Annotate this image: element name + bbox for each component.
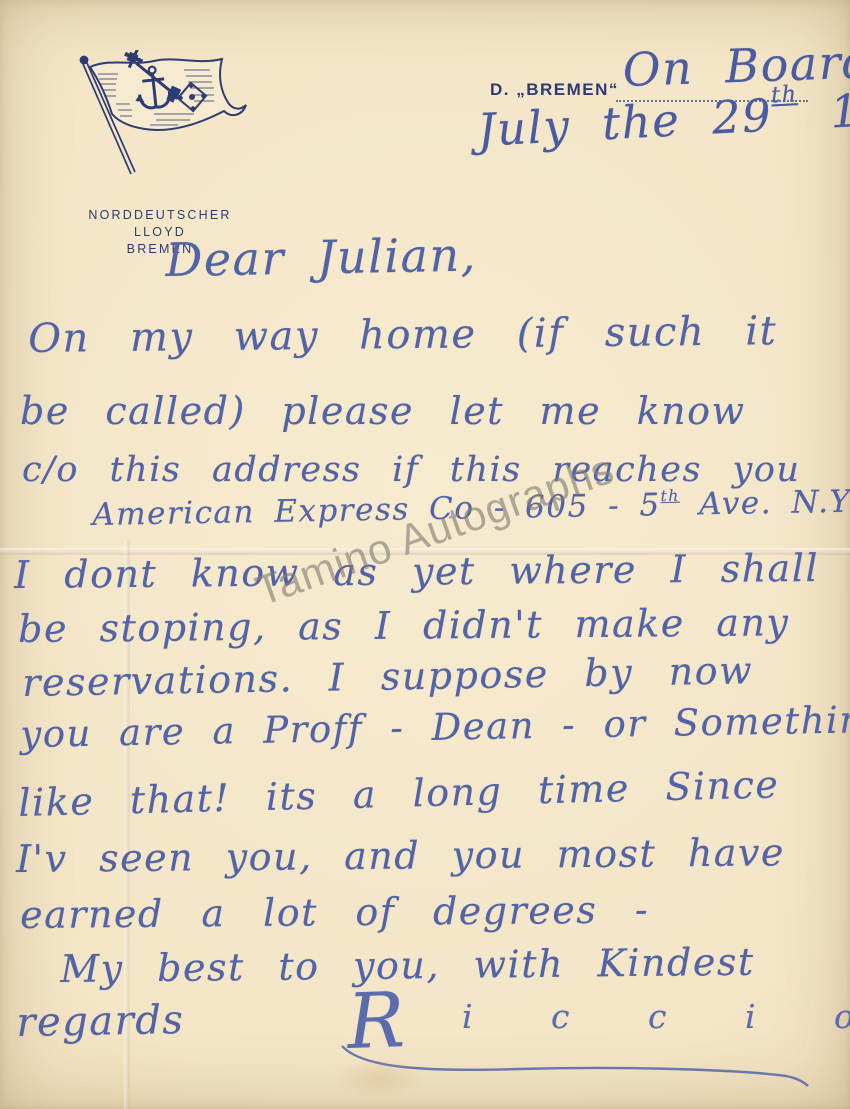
closing-regards: regards xyxy=(16,999,185,1044)
address-prefix: American Express Co - 605 - 5 xyxy=(92,487,661,533)
date-ordinal: th xyxy=(770,81,798,108)
handwritten-line: My best to you, with Kindest xyxy=(60,943,755,990)
norddeutscher-lloyd-flag-icon xyxy=(58,50,254,182)
handwritten-address-line: American Express Co - 605 - 5th Ave. N.Y… xyxy=(92,485,850,532)
address-ordinal: th xyxy=(660,487,680,505)
signature-initial: R xyxy=(346,980,407,1062)
salutation: Dear Julian, xyxy=(165,231,477,285)
date-suffix: 1936. xyxy=(797,78,850,140)
handwritten-line: reservations. I suppose by now xyxy=(22,651,753,704)
handwritten-line: like that! its a long time Since xyxy=(18,765,780,823)
handwritten-line: be called) please let me know xyxy=(20,392,746,432)
address-suffix: Ave. N.Y. xyxy=(680,484,850,523)
date-prefix: July the 29 xyxy=(476,89,773,157)
handwritten-line: be stoping, as I didn't make any xyxy=(18,603,790,650)
handwritten-line: I'v seen you, and you most have xyxy=(16,833,785,880)
handwritten-line: you are a Proff - Dean - or Something xyxy=(20,701,850,755)
handwritten-line: c/o this address if this reaches you xyxy=(22,452,800,489)
handwritten-line: On my way home (if such it xyxy=(28,310,777,360)
handwritten-line: earned a lot of degrees - xyxy=(20,891,649,936)
signature-letters: i c c i o. xyxy=(462,1000,850,1035)
letter-scan-page: NORDDEUTSCHER LLOYD BREMEN D. „BREMEN“ O… xyxy=(0,0,850,1109)
handwritten-line: I dont know as yet where I shall xyxy=(14,549,819,596)
